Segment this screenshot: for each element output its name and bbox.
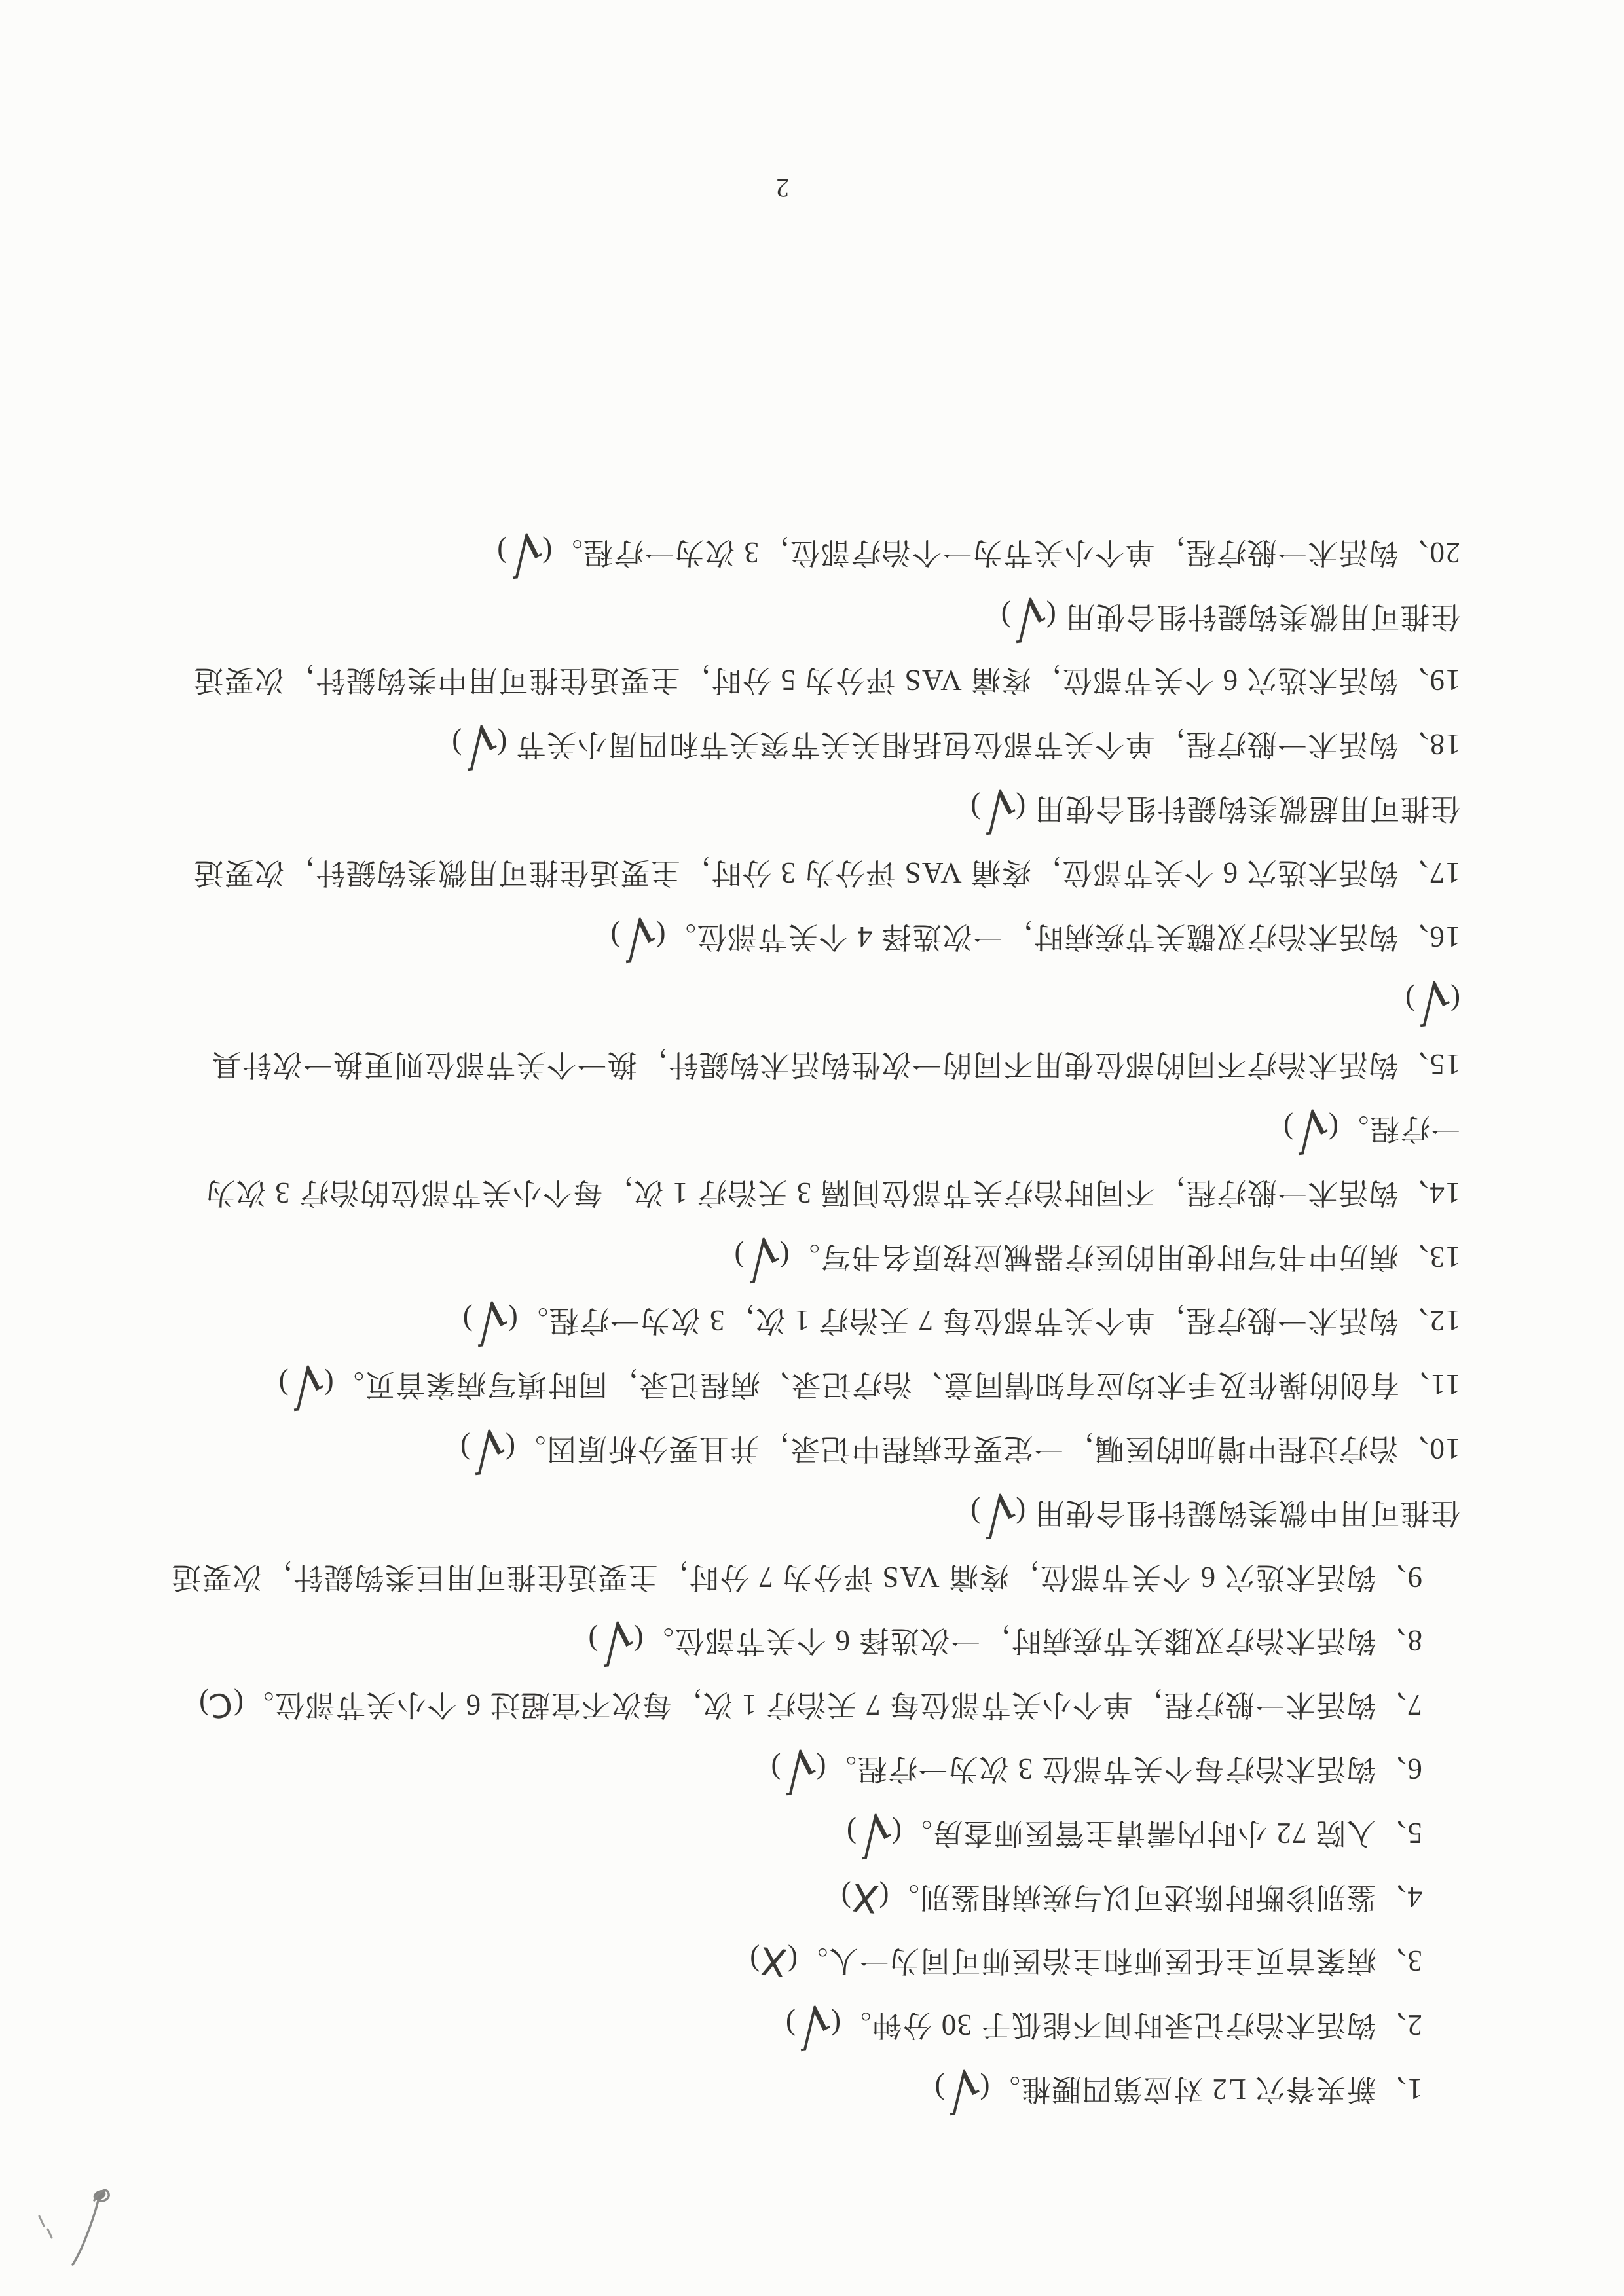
closing-paren: ): [1283, 1112, 1294, 1145]
question-line: 住推可用中微类钩鍉针组合使用 (√): [177, 1480, 1460, 1544]
question-text: 2、钩活术治疗记录时间不能低于 30 分钟。(: [830, 2009, 1423, 2041]
closing-paren: ): [846, 1817, 857, 1850]
handwritten-mark: √: [464, 742, 498, 746]
question-text: 5、入院 72 小时内需请主管医师查房。(: [891, 1817, 1423, 1850]
closing-paren: ): [610, 920, 621, 953]
closing-paren: ): [451, 728, 462, 761]
question-text: 一疗程。(: [1328, 1112, 1461, 1145]
question-text: 14、钩活术一般疗程，不同时治疗关节部位间隔 3 天治疗 1 次，每个小关节部位…: [205, 1176, 1460, 1209]
closing-paren: ): [770, 1753, 781, 1785]
question-line: 11、有创的操作及手术均应有知情同意、治疗记录、病程记录，同时填写病案首页。(√…: [177, 1352, 1460, 1416]
handwritten-mark: C: [209, 1702, 232, 1707]
handwritten-mark: √: [798, 2023, 832, 2027]
handwritten-mark: √: [1417, 998, 1451, 1002]
question-line: 10、治疗过程中增加的医嘱，一定要在病程中记录，并且要分析原因。(√): [177, 1416, 1460, 1480]
question-line: 5、入院 72 小时内需请主管医师查房。(√): [177, 1800, 1460, 1865]
pen-scribble-mark: [26, 2170, 138, 2288]
handwritten-mark: √: [982, 1510, 1016, 1514]
question-line: 15、钩活术治疗不同的部位使用不同的一次性钩活术钩鍉针，换一个关节部位则更换一次…: [177, 1032, 1460, 1096]
closing-paren: ): [460, 1432, 471, 1465]
question-line: 13、病历中书写时使用的医疗器械应按原名书写。(√): [177, 1224, 1460, 1288]
question-list: 1、新夹脊穴 L2 对应第四腰椎。(√)2、钩活术治疗记录时间不能低于 30 分…: [177, 520, 1460, 2121]
closing-paren: ): [278, 1368, 289, 1401]
question-line: 3、病案首页主任医师和主治医师可同为一人。(X): [177, 1929, 1460, 1993]
question-line: 8、钩活术治疗双膝关节疾病时，一次选择 6 个关节部位。(√): [177, 1609, 1460, 1673]
handwritten-mark: √: [290, 1383, 324, 1387]
question-text: 4、鉴别诊断时陈述可以与疾病相鉴别。(: [878, 1881, 1422, 1914]
closing-paren: ): [462, 1304, 473, 1337]
question-text: 18、钩活术一般疗程，单个关节部位包括相关关节突关节和四周小关节 (: [496, 728, 1460, 761]
question-line: 12、钩活术一般疗程，单个关节部位每 7 天治疗 1 次，3 次为一疗程。(√): [177, 1288, 1460, 1353]
closing-paren: ): [733, 1241, 745, 1273]
question-line: 9、钩活术选穴 6 个关节部位，疼痛 VAS 评分为 7 分时，主要适住推可用巨…: [177, 1544, 1460, 1609]
question-text: 8、钩活术治疗双膝关节疾病时，一次选择 6 个关节部位。(: [633, 1624, 1422, 1657]
closing-paren: ): [934, 2073, 945, 2105]
question-line: 6、钩活术治疗每个关节部位 3 次为一疗程。(√): [177, 1736, 1460, 1800]
question-line: 16、钩活术治疗双髋关节疾病时，一次选择 4 个关节部位。(√): [177, 904, 1460, 968]
question-line: 20、钩活术一般疗程，单个小关节为一个治疗部位，3 次为一疗程。(√): [177, 520, 1460, 584]
question-text: 9、钩活术选穴 6 个关节部位，疼痛 VAS 评分为 7 分时，主要适住推可用巨…: [171, 1561, 1422, 1594]
question-text: 7、钩活术一般疗程，单个小关节部位每 7 天治疗 1 次，每次不宜超过 6 个小…: [233, 1688, 1423, 1721]
scanned-document-page: 1、新夹脊穴 L2 对应第四腰椎。(√)2、钩活术治疗记录时间不能低于 30 分…: [0, 0, 1624, 2296]
handwritten-mark: √: [946, 2086, 980, 2090]
question-text: 住推可用中微类钩鍉针组合使用 (: [1015, 1497, 1460, 1529]
question-line: 1、新夹脊穴 L2 对应第四腰椎。(√): [177, 2056, 1460, 2121]
question-line: 一疗程。(√): [177, 1096, 1460, 1160]
question-text: 住推可用超微类钩鍉针组合使用 (: [1015, 792, 1460, 825]
question-line: 14、钩活术一般疗程，不同时治疗关节部位间隔 3 天治疗 1 次，每个小关节部位…: [177, 1160, 1460, 1224]
question-text: 16、钩活术治疗双髋关节疾病时，一次选择 4 个关节部位。(: [655, 920, 1460, 953]
question-line: 2、钩活术治疗记录时间不能低于 30 分钟。(√): [177, 1992, 1460, 2056]
question-line: 住推可用微类钩鍉针组合使用 (√): [177, 584, 1460, 648]
handwritten-mark: √: [982, 806, 1016, 810]
closing-paren: ): [496, 536, 507, 569]
handwritten-mark: √: [474, 1319, 508, 1322]
handwritten-mark: √: [1012, 614, 1046, 618]
question-text: 10、治疗过程中增加的医嘱，一定要在病程中记录，并且要分析原因。(: [505, 1432, 1461, 1465]
question-text: 13、病历中书写时使用的医疗器械应按原名书写。(: [779, 1241, 1460, 1273]
closing-paren: ): [1000, 600, 1011, 633]
question-line: 7、钩活术一般疗程，单个小关节部位每 7 天治疗 1 次，每次不宜超过 6 个小…: [177, 1672, 1460, 1736]
page-content-rotated: 1、新夹脊穴 L2 对应第四腰椎。(√)2、钩活术治疗记录时间不能低于 30 分…: [0, 0, 1624, 2296]
question-text: 19、钩活术选穴 6 个关节部位，疼痛 VAS 评分为 5 分时，主要适住推可用…: [193, 664, 1460, 697]
question-text: 住推可用微类钩鍉针组合使用 (: [1045, 600, 1460, 633]
closing-paren: ): [970, 792, 981, 825]
closing-paren: ): [587, 1624, 599, 1657]
handwritten-mark: √: [1295, 1126, 1329, 1130]
question-text: 20、钩活术一般疗程，单个小关节为一个治疗部位，3 次为一疗程。(: [542, 536, 1460, 569]
handwritten-mark: X: [851, 1896, 878, 1899]
handwritten-mark: √: [472, 1446, 506, 1450]
closing-paren: ): [970, 1497, 981, 1529]
handwritten-mark: √: [509, 550, 543, 554]
question-line: 住推可用超微类钩鍉针组合使用 (√): [177, 776, 1460, 840]
closing-paren: ): [840, 1881, 851, 1914]
handwritten-mark: X: [760, 1960, 787, 1963]
handwritten-mark: √: [858, 1831, 893, 1834]
question-line: 19、钩活术选穴 6 个关节部位，疼痛 VAS 评分为 5 分时，主要适住推可用…: [177, 648, 1460, 712]
handwritten-mark: √: [622, 934, 656, 938]
handwritten-mark: √: [600, 1639, 634, 1643]
question-text: 12、钩活术一般疗程，单个关节部位每 7 天治疗 1 次，3 次为一疗程。(: [507, 1304, 1460, 1337]
page-number: 2: [0, 173, 1595, 204]
question-text: 1、新夹脊穴 L2 对应第四腰椎。(: [979, 2073, 1422, 2105]
closing-paren: ): [1405, 984, 1416, 1017]
question-text: 15、钩活术治疗不同的部位使用不同的一次性钩活术钩鍉针，换一个关节部位则更换一次…: [211, 1048, 1460, 1081]
question-text: 3、病案首页主任医师和主治医师可同为一人。(: [787, 1944, 1423, 1977]
handwritten-mark: √: [783, 1766, 817, 1770]
question-line: 4、鉴别诊断时陈述可以与疾病相鉴别。(X): [177, 1865, 1460, 1929]
question-line: 18、钩活术一般疗程，单个关节部位包括相关关节突关节和四周小关节 (√): [177, 712, 1460, 776]
question-line: (√): [177, 968, 1460, 1032]
handwritten-mark: √: [746, 1254, 780, 1258]
question-text: 17、钩活术选穴 6 个关节部位，疼痛 VAS 评分为 3 分时，主要适住推可用…: [193, 856, 1460, 889]
question-text: 11、有创的操作及手术均应有知情同意、治疗记录、病程记录，同时填写病案首页。(: [323, 1368, 1460, 1401]
question-text: 6、钩活术治疗每个关节部位 3 次为一疗程。(: [815, 1753, 1422, 1785]
question-line: 17、钩活术选穴 6 个关节部位，疼痛 VAS 评分为 3 分时，主要适住推可用…: [177, 840, 1460, 904]
closing-paren: ): [785, 2009, 796, 2041]
